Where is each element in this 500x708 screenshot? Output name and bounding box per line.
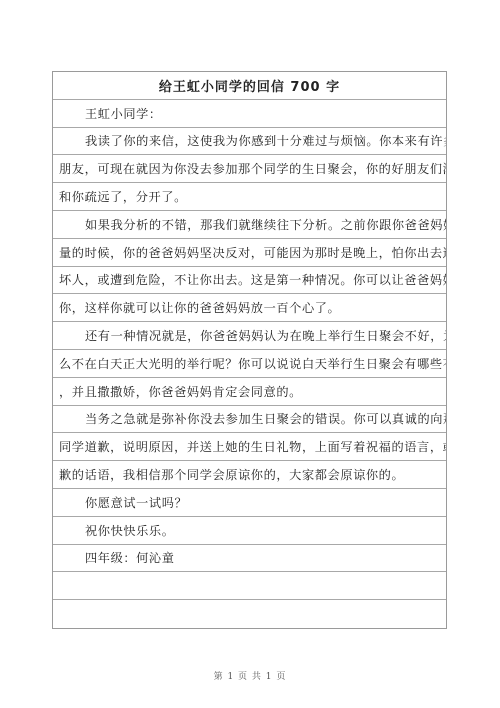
signature-line: 四年级：何沁童	[53, 545, 446, 573]
text-line: ，并且撒撒娇，你爸爸妈妈肯定会同意的。	[53, 378, 446, 406]
text-line: 你愿意试一试吗？	[53, 489, 446, 517]
text-line: 你，这样你就可以让你的爸爸妈妈放一百个心了。	[53, 294, 446, 322]
page-number: 第 1 页 共 1 页	[0, 669, 500, 682]
text-line: 当务之急就是弥补你没去参加生日聚会的错误。你可以真诚的向那个	[53, 406, 446, 434]
text-line: 如果我分析的不错，那我们就继续往下分析。之前你跟你爸爸妈妈商	[53, 211, 446, 239]
text-line: 朋友，可现在就因为你没去参加那个同学的生日聚会，你的好朋友们渐渐	[53, 155, 446, 183]
salutation-line: 王虹小同学：	[53, 100, 446, 128]
document-title: 给王虹小同学的回信 700 字	[53, 72, 446, 100]
closing-line: 祝你快快乐乐。	[53, 517, 446, 545]
empty-line	[53, 572, 446, 600]
text-line: 还有一种情况就是，你爸爸妈妈认为在晚上举行生日聚会不好，为什	[53, 322, 446, 350]
empty-line	[53, 600, 446, 628]
text-line: 么不在白天正大光明的举行呢？你可以说说白天举行生日聚会有哪些不好	[53, 350, 446, 378]
letter-grid-sheet: 给王虹小同学的回信 700 字 王虹小同学： 我读了你的来信，这使我为你感到十分…	[52, 71, 447, 629]
text-line: 坏人，或遭到危险，不让你出去。这是第一种情况。你可以让爸爸妈妈送	[53, 267, 446, 295]
text-line: 量的时候，你的爸爸妈妈坚决反对，可能因为那时是晚上，怕你出去遇到	[53, 239, 446, 267]
text-line: 歉的话语，我相信那个同学会原谅你的，大家都会原谅你的。	[53, 461, 446, 489]
text-line: 我读了你的来信，这使我为你感到十分难过与烦恼。你本来有许多好	[53, 128, 446, 156]
text-line: 同学道歉，说明原因，并送上她的生日礼物，上面写着祝福的语言，或道	[53, 433, 446, 461]
text-line: 和你疏远了，分开了。	[53, 183, 446, 211]
